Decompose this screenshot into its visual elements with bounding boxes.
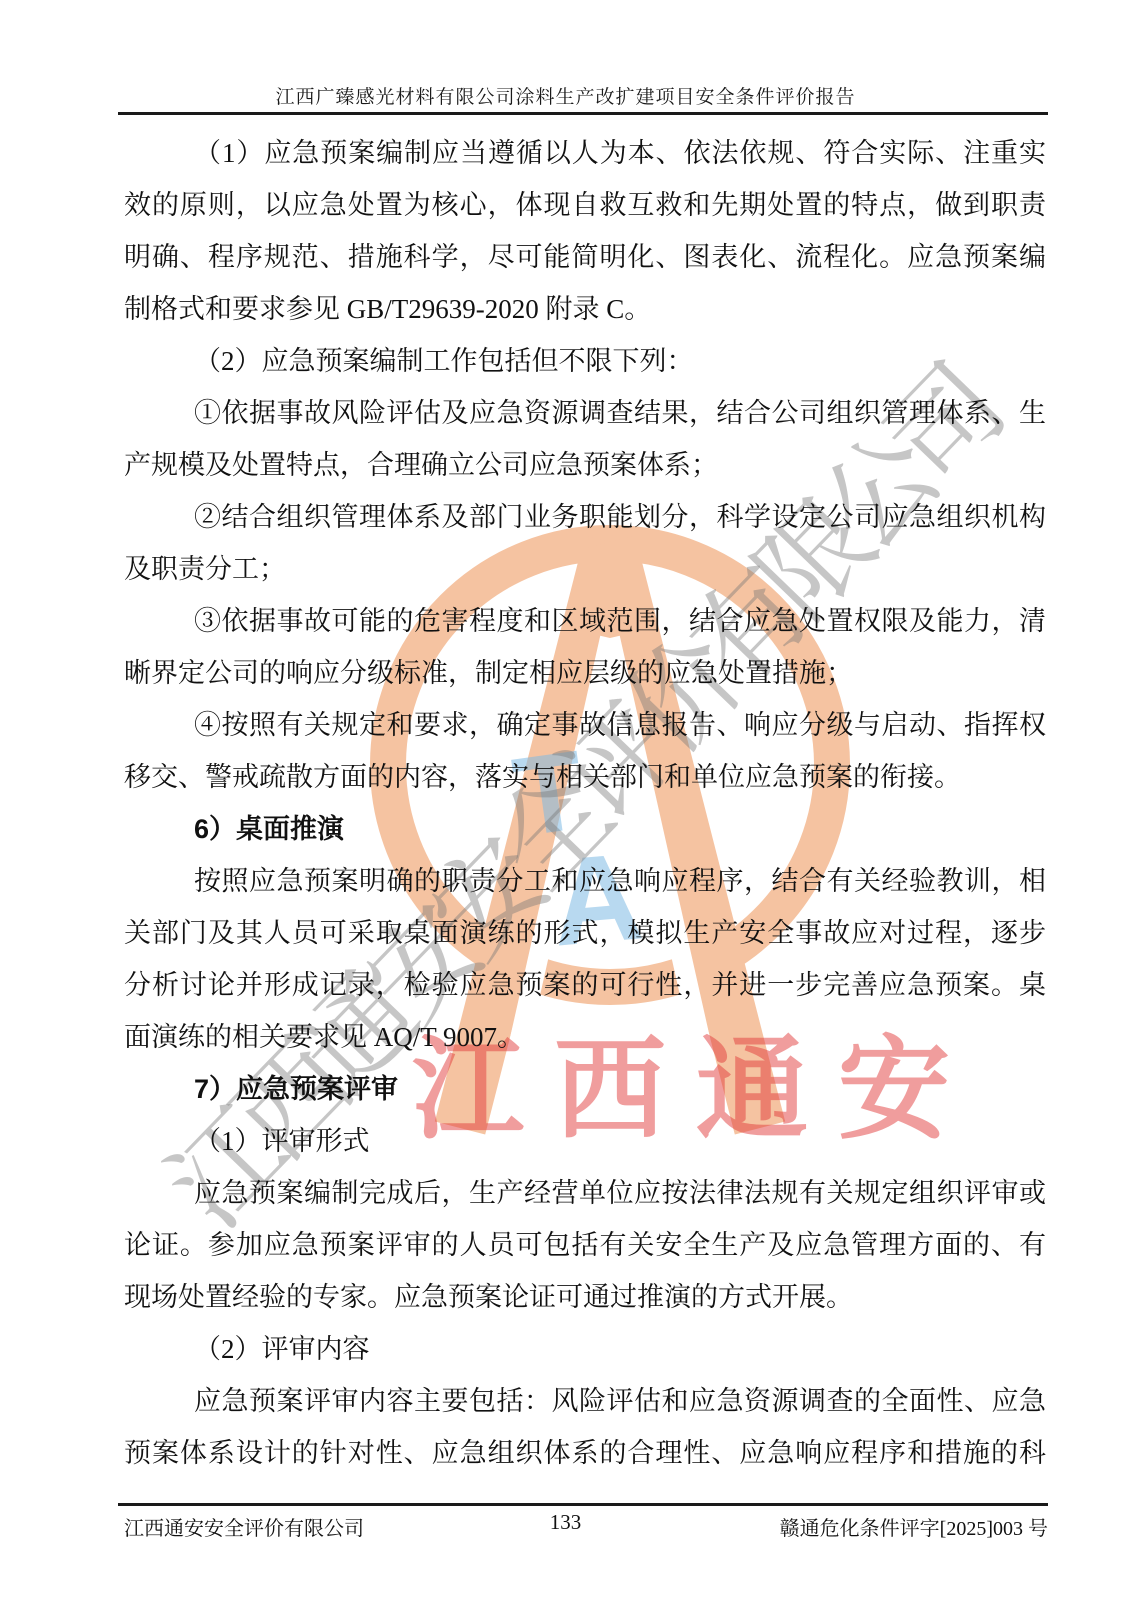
text-line: ③依据事故可能的危害程度和区域范围，结合应急处置权限及能力，清 <box>124 595 1046 647</box>
body-text: （1）应急预案编制应当遵循以人为本、依法依规、符合实际、注重实效的原则，以应急处… <box>124 127 1046 1479</box>
text-line: 论证。参加应急预案评审的人员可包括有关安全生产及应急管理方面的、有 <box>124 1219 1046 1271</box>
text-line: （2）应急预案编制工作包括但不限下列： <box>124 335 1046 387</box>
text-line: 明确、程序规范、措施科学，尽可能简明化、图表化、流程化。应急预案编 <box>124 231 1046 283</box>
text-line: 预案体系设计的针对性、应急组织体系的合理性、应急响应程序和措施的科 <box>124 1427 1046 1479</box>
text-line: 效的原则，以应急处置为核心，体现自救互救和先期处置的特点，做到职责 <box>124 179 1046 231</box>
text-line: 现场处置经验的专家。应急预案论证可通过推演的方式开展。 <box>124 1271 1046 1323</box>
text-line: ①依据事故风险评估及应急资源调查结果，结合公司组织管理体系、生 <box>124 387 1046 439</box>
section-heading: 6）桌面推演 <box>124 803 1046 855</box>
text-line: （2）评审内容 <box>124 1323 1046 1375</box>
text-line: 面演练的相关要求见 AQ/T 9007。 <box>124 1011 1046 1063</box>
text-line: （1）评审形式 <box>124 1115 1046 1167</box>
text-line: 按照应急预案明确的职责分工和应急响应程序，结合有关经验教训，相 <box>124 855 1046 907</box>
text-line: 应急预案评审内容主要包括：风险评估和应急资源调查的全面性、应急 <box>124 1375 1046 1427</box>
page-header-title: 江西广臻感光材料有限公司涂料生产改扩建项目安全条件评价报告 <box>0 82 1131 109</box>
text-line: （1）应急预案编制应当遵循以人为本、依法依规、符合实际、注重实 <box>124 127 1046 179</box>
text-line: 应急预案编制完成后，生产经营单位应按法律法规有关规定组织评审或 <box>124 1167 1046 1219</box>
footer-divider <box>118 1503 1048 1506</box>
text-line: 及职责分工； <box>124 543 1046 595</box>
text-line: 晰界定公司的响应分级标准，制定相应层级的应急处置措施； <box>124 647 1046 699</box>
text-line: 分析讨论并形成记录，检验应急预案的可行性，并进一步完善应急预案。桌 <box>124 959 1046 1011</box>
text-line: ②结合组织管理体系及部门业务职能划分，科学设定公司应急组织机构 <box>124 491 1046 543</box>
text-line: 移交、警戒疏散方面的内容，落实与相关部门和单位应急预案的衔接。 <box>124 751 1046 803</box>
footer-doc-number: 赣通危化条件评字[2025]003 号 <box>780 1512 1048 1541</box>
text-line: 产规模及处置特点，合理确立公司应急预案体系； <box>124 439 1046 491</box>
document-page: T A 江西通安安全评价有限公司 江西通安 江西广臻感光材料有限公司涂料生产改扩… <box>0 0 1131 1600</box>
text-line: 制格式和要求参见 GB/T29639-2020 附录 C。 <box>124 283 1046 335</box>
text-line: ④按照有关规定和要求，确定事故信息报告、响应分级与启动、指挥权 <box>124 699 1046 751</box>
text-line: 关部门及其人员可采取桌面演练的形式，模拟生产安全事故应对过程，逐步 <box>124 907 1046 959</box>
header-divider <box>118 112 1048 115</box>
section-heading: 7）应急预案评审 <box>124 1063 1046 1115</box>
